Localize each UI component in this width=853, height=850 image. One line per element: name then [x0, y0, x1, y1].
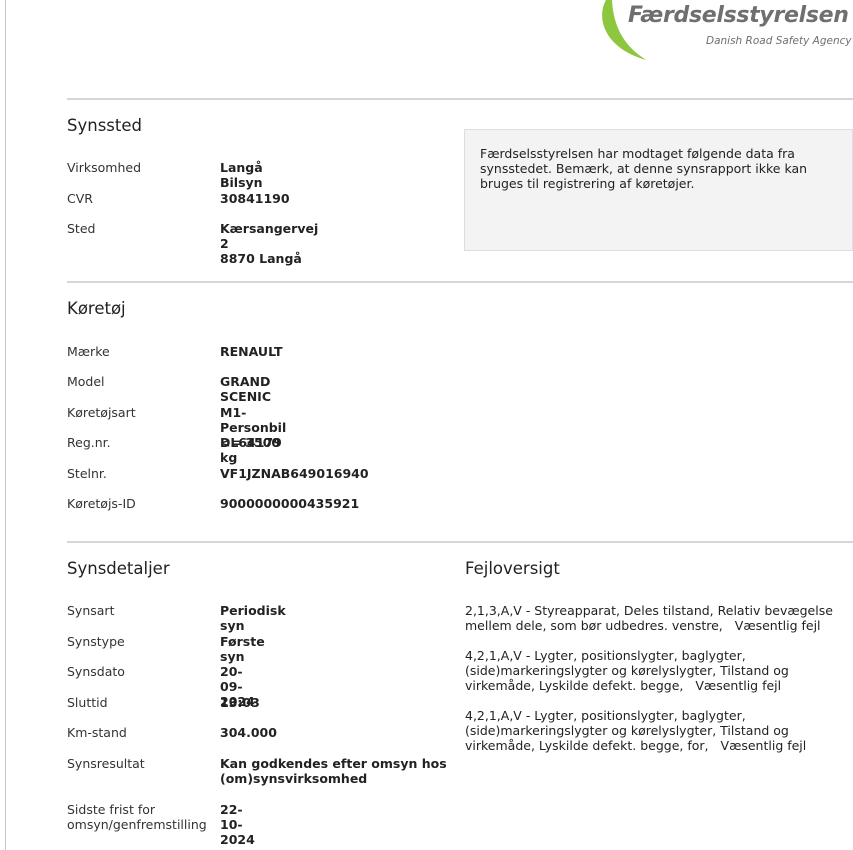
field-label: Sted: [67, 221, 217, 236]
field-label: Model: [67, 374, 217, 389]
section-title-koretoj: Køretøj: [67, 299, 126, 318]
field-value: Periodisk syn: [220, 603, 286, 633]
fault-list: 2,1,3,A,V - Styreapparat, Deles tilstand…: [465, 603, 853, 768]
fault-severity: Væsentlig fejl: [735, 618, 821, 633]
field-value: GRAND SCENIC: [220, 374, 271, 404]
field-label: Stelnr.: [67, 466, 217, 481]
logo-tagline: Danish Road Safety Agency: [706, 35, 852, 47]
fault-item: 4,2,1,A,V - Lygter, positionslygter, bag…: [465, 708, 853, 753]
section-divider: [67, 281, 853, 283]
field-value: 30841190: [220, 191, 290, 206]
field-value: RENAULT: [220, 344, 283, 359]
fault-severity: Væsentlig fejl: [695, 678, 781, 693]
agency-logo: Færdselsstyrelsen Danish Road Safety Age…: [596, 0, 853, 66]
section-title-synssted: Synssted: [67, 116, 142, 135]
info-notice-text: Færdselsstyrelsen har modtaget følgende …: [480, 146, 807, 191]
section-divider: [67, 541, 853, 543]
field-value: 22-10-2024: [220, 802, 255, 847]
field-label: CVR: [67, 191, 217, 206]
fault-severity: Væsentlig fejl: [721, 738, 807, 753]
field-value: DL64179: [220, 435, 282, 450]
logo-name: Færdselsstyrelsen: [628, 3, 849, 28]
field-label: Km-stand: [67, 725, 217, 740]
field-value: Langå Bilsyn: [220, 160, 263, 190]
field-label: Synsresultat: [67, 756, 217, 771]
field-label: Sidste frist for omsyn/genfremstilling: [67, 802, 217, 832]
field-label: Synsart: [67, 603, 217, 618]
field-label: Køretøjsart: [67, 405, 217, 420]
section-divider: [67, 98, 853, 100]
field-value: 13:03: [220, 695, 260, 710]
field-label: Virksomhed: [67, 160, 217, 175]
field-label: Sluttid: [67, 695, 217, 710]
field-value: Kærsangervej 2 8870 Langå: [220, 221, 318, 266]
field-value: 9000000000435921: [220, 496, 359, 511]
field-label: Reg.nr.: [67, 435, 217, 450]
fault-item: 2,1,3,A,V - Styreapparat, Deles tilstand…: [465, 603, 853, 633]
field-label: Synstype: [67, 634, 217, 649]
field-label: Køretøjs-ID: [67, 496, 217, 511]
section-title-fejloversigt: Fejloversigt: [465, 559, 560, 578]
fault-item: 4,2,1,A,V - Lygter, positionslygter, bag…: [465, 648, 853, 693]
field-value: VF1JZNAB649016940: [220, 466, 369, 481]
field-value: Første syn: [220, 634, 265, 664]
field-label: Synsdato: [67, 664, 217, 679]
field-label: Mærke: [67, 344, 217, 359]
page-left-border: [5, 0, 6, 850]
field-value: Kan godkendes efter omsyn hos (om)synsvi…: [220, 756, 460, 786]
section-title-synsdetaljer: Synsdetaljer: [67, 559, 170, 578]
info-notice: Færdselsstyrelsen har modtaget følgende …: [464, 129, 853, 251]
field-value: 304.000: [220, 725, 277, 740]
